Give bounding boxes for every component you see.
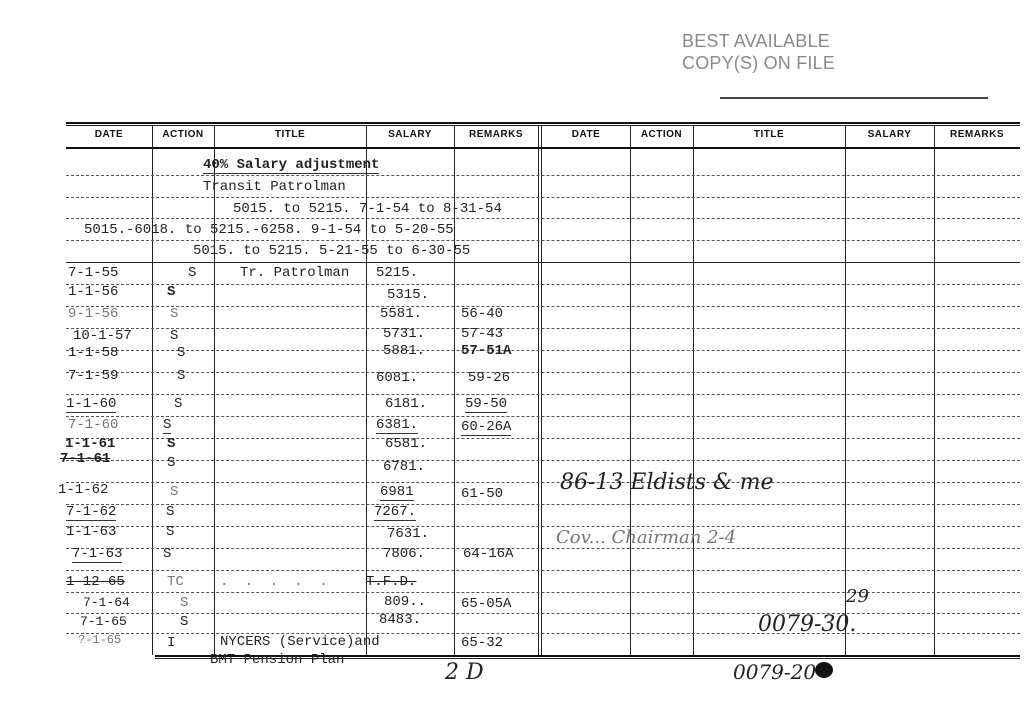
row-date: 7-1-55 bbox=[68, 265, 118, 281]
header-bottom-border bbox=[66, 147, 1020, 149]
row-rule bbox=[66, 438, 1020, 439]
row-rule bbox=[66, 460, 1020, 461]
row-date: 1-1-61 bbox=[65, 436, 115, 452]
row-title: T.F.D. bbox=[366, 574, 416, 590]
row-date: ?-1-65 bbox=[78, 633, 121, 647]
row-date: 1-1-63 bbox=[66, 524, 116, 540]
row-rule bbox=[66, 328, 1020, 329]
stamp-line-1: BEST AVAILABLE bbox=[682, 30, 835, 52]
col-divider bbox=[845, 125, 846, 655]
row-action: I bbox=[167, 635, 175, 651]
row-salary: 7806. bbox=[383, 546, 425, 562]
row-remarks: 65-32 bbox=[461, 635, 503, 651]
row-salary: 6581. bbox=[385, 436, 427, 452]
row-date: 1-1-56 bbox=[68, 284, 118, 300]
row-date: 7-1-64 bbox=[83, 595, 130, 610]
row-salary: 5315. bbox=[387, 287, 429, 303]
row-remarks: 61-50 bbox=[461, 486, 503, 502]
row-salary: 7267. bbox=[374, 504, 416, 521]
row-action: S bbox=[177, 368, 185, 384]
row-rule bbox=[66, 197, 1020, 198]
row-remarks: 59-26 bbox=[468, 370, 510, 386]
row-date: 7-1-59 bbox=[68, 368, 118, 384]
row-salary: 8483. bbox=[379, 612, 421, 628]
row-action: S bbox=[163, 417, 171, 434]
col-divider bbox=[152, 125, 153, 147]
row-rule bbox=[66, 262, 1020, 263]
row-action: S bbox=[188, 265, 196, 281]
row-remarks: 65-05A bbox=[461, 596, 511, 612]
header-remarks-right: REMARKS bbox=[934, 129, 1020, 143]
row-salary: 5731. bbox=[383, 326, 425, 342]
row-salary: 7631. bbox=[387, 526, 429, 542]
row-remarks: 60-26A bbox=[461, 419, 511, 436]
row-rule bbox=[66, 175, 1020, 176]
row-action: S bbox=[174, 396, 182, 412]
row-date: 7-1-62 bbox=[66, 504, 116, 521]
header-remarks-left: REMARKS bbox=[454, 129, 538, 143]
row-action: S bbox=[170, 484, 178, 500]
handwritten-code-1: 0079-30. bbox=[758, 612, 856, 637]
header-date-left: DATE bbox=[66, 129, 152, 143]
col-divider bbox=[693, 125, 694, 655]
preamble-line-2: Transit Patrolman bbox=[203, 179, 346, 195]
preamble-line-4: 5015.-6018. to 5215.-6258. 9-1-54 to 5-2… bbox=[84, 222, 454, 238]
row-title-faint: . . . . . bbox=[220, 574, 332, 590]
row-rule bbox=[66, 416, 1020, 417]
row-date: 1-1-58 bbox=[68, 345, 118, 361]
row-date: 7-1-63 bbox=[72, 546, 122, 563]
row-date: 7-1-65 bbox=[80, 614, 127, 629]
row-rule bbox=[66, 504, 1020, 505]
row-rule bbox=[66, 613, 1020, 614]
row-action: S bbox=[167, 284, 175, 300]
row-date: 7-1-60 bbox=[68, 417, 118, 433]
row-remarks: 59-50 bbox=[465, 396, 507, 413]
row-rule bbox=[66, 284, 1020, 285]
row-action: S bbox=[163, 546, 171, 562]
row-remarks: 64-16A bbox=[463, 546, 513, 562]
row-rule bbox=[66, 240, 1020, 241]
row-rule bbox=[66, 350, 1020, 351]
row-salary: 6981 bbox=[380, 484, 414, 501]
stamp-rule bbox=[720, 97, 988, 99]
preamble-line-5: 5015. to 5215. 5-21-55 to 6-30-55 bbox=[193, 243, 470, 259]
row-action: S bbox=[167, 455, 175, 471]
handwritten-note-1: 86-13 Eldists & me bbox=[560, 470, 774, 495]
stamp-line-2: COPY(S) ON FILE bbox=[682, 52, 835, 74]
handwritten-note-2: Cov... Chairman 2-4 bbox=[556, 527, 736, 548]
handwritten-mark: 2 D bbox=[445, 660, 484, 685]
row-rule bbox=[66, 592, 1020, 593]
row-salary: 6381. bbox=[376, 417, 418, 434]
ink-blot bbox=[815, 662, 833, 678]
preamble-line-3: 5015. to 5215. 7-1-54 to 8-31-54 bbox=[233, 201, 502, 217]
center-divider bbox=[541, 125, 542, 655]
row-rule bbox=[66, 570, 1020, 571]
col-divider bbox=[214, 125, 215, 655]
row-remarks: 57-43 bbox=[461, 326, 503, 342]
row-salary: 6181. bbox=[385, 396, 427, 412]
row-salary: 809.. bbox=[384, 594, 426, 610]
row-rule bbox=[66, 306, 1020, 307]
row-rule bbox=[66, 218, 1020, 219]
header-title-right: TITLE bbox=[693, 129, 845, 143]
col-divider bbox=[934, 125, 935, 655]
header-salary-right: SALARY bbox=[845, 129, 934, 143]
row-salary: 6081. bbox=[376, 370, 418, 386]
row-rule bbox=[66, 482, 1020, 483]
row-salary: 6781. bbox=[383, 459, 425, 475]
row-date: 10-1-57 bbox=[73, 328, 132, 344]
row-action: S bbox=[167, 436, 175, 452]
row-salary: 5881. bbox=[383, 343, 425, 359]
row-action: S bbox=[180, 595, 188, 611]
row-action: S bbox=[170, 306, 178, 322]
row-remarks: 56-40 bbox=[461, 306, 503, 322]
row-action: S bbox=[180, 614, 188, 630]
row-remarks: 57-51A bbox=[461, 343, 511, 359]
header-salary-left: SALARY bbox=[366, 129, 454, 143]
footer-note: BMT Pension Plan bbox=[210, 652, 344, 668]
row-date: 1-12-65 bbox=[66, 574, 125, 590]
row-rule bbox=[66, 394, 1020, 395]
header-action-right: ACTION bbox=[630, 129, 693, 143]
row-rule bbox=[66, 526, 1020, 527]
top-border bbox=[66, 122, 1020, 124]
top-border-inner bbox=[66, 125, 1020, 126]
best-available-stamp: BEST AVAILABLE COPY(S) ON FILE bbox=[682, 30, 835, 74]
preamble-line-1: 40% Salary adjustment bbox=[203, 157, 379, 174]
col-divider bbox=[152, 262, 153, 655]
handwritten-correction: 29 bbox=[846, 586, 869, 607]
col-divider bbox=[630, 125, 631, 655]
row-date: 1-1-60 bbox=[66, 396, 116, 413]
row-date: 9-1-56 bbox=[68, 306, 118, 322]
center-divider bbox=[538, 125, 539, 655]
row-action: S bbox=[166, 504, 174, 520]
row-date: 7-1-61 bbox=[60, 451, 110, 467]
row-rule bbox=[66, 372, 1020, 373]
header-title-left: TITLE bbox=[214, 129, 366, 143]
row-rule bbox=[66, 633, 1020, 634]
row-rule bbox=[66, 548, 1020, 549]
row-date: 1-1-62 bbox=[58, 482, 108, 498]
row-action: S bbox=[177, 345, 185, 361]
header-action-left: ACTION bbox=[152, 129, 214, 143]
row-salary: 5581. bbox=[380, 306, 422, 322]
header-date-right: DATE bbox=[542, 129, 630, 143]
row-title: Tr. Patrolman bbox=[240, 265, 349, 281]
row-action: TC bbox=[167, 574, 184, 590]
row-salary: 5215. bbox=[376, 265, 418, 281]
col-divider bbox=[152, 147, 153, 262]
row-title: NYCERS (Service)and bbox=[220, 634, 380, 650]
row-action: S bbox=[166, 524, 174, 540]
handwritten-code-2: 0079-20 bbox=[733, 660, 816, 684]
row-action: S bbox=[170, 328, 178, 344]
